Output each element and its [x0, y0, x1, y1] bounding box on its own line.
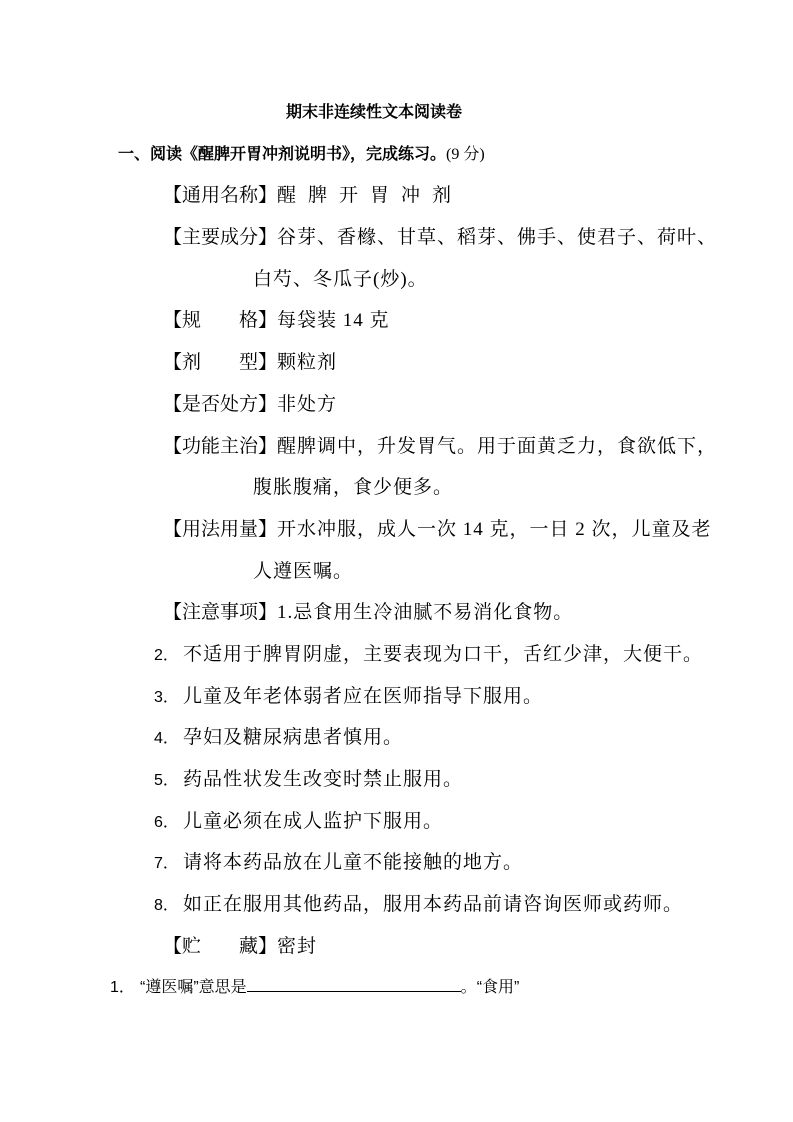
note-item-2: 2．不适用于脾胃阴虚，主要表现为口干，舌红少津，大便干。 — [0, 634, 793, 676]
spec-value: 醒脾开胃冲剂 — [277, 185, 463, 206]
section-heading-text: 一、阅读《醒脾开胃冲剂说明书》，完成练习。 — [118, 146, 446, 163]
spec-value-continuation: 人遵医嘱。 — [253, 561, 353, 582]
spec-row-specification: 【规 格】每袋装 14 克 — [0, 300, 793, 342]
section-points: (9 分) — [446, 146, 485, 163]
spec-row-usage-continuation: 人遵医嘱。 — [0, 551, 793, 593]
spec-value: 谷芽、香橼、甘草、稻芽、佛手、使君子、荷叶、 — [277, 227, 717, 248]
item-number: 5． — [154, 760, 183, 802]
item-number: 3． — [154, 677, 183, 719]
spec-row-storage: 【贮 藏】密封 — [0, 926, 793, 968]
spec-label: 【注意事项】 — [163, 602, 277, 623]
note-item-7: 7．请将本药品放在儿童不能接触的地方。 — [0, 842, 793, 884]
item-text: 孕妇及糖尿病患者慎用。 — [183, 727, 403, 748]
spec-value: 开水冲服，成人一次 14 克，一日 2 次，儿童及老 — [277, 519, 712, 540]
spec-value: 密封 — [277, 936, 317, 957]
item-text: 请将本药品放在儿童不能接触的地方。 — [183, 852, 523, 873]
spec-value: 非处方 — [277, 394, 337, 415]
spec-row-generic-name: 【通用名称】醒脾开胃冲剂 — [0, 175, 793, 217]
spec-label: 【主要成分】 — [163, 227, 277, 248]
note-item-8: 8．如正在服用其他药品，服用本药品前请咨询医师或药师。 — [0, 884, 793, 926]
item-text: 不适用于脾胃阴虚，主要表现为口干，舌红少津，大便干。 — [183, 644, 703, 665]
spec-label: 【规 格】 — [163, 310, 277, 331]
exam-paper-page: 期末非连续性文本阅读卷 一、阅读《醒脾开胃冲剂说明书》，完成练习。(9 分) 【… — [0, 0, 793, 1122]
item-text: 儿童必须在成人监护下服用。 — [183, 811, 443, 832]
item-number: 2． — [154, 635, 183, 677]
item-text: 药品性状发生改变时禁止服用。 — [183, 769, 463, 790]
item-number: 8． — [154, 885, 183, 927]
doc-title: 期末非连续性文本阅读卷 — [0, 92, 748, 134]
item-number: 7． — [154, 843, 183, 885]
page-content: 期末非连续性文本阅读卷 一、阅读《醒脾开胃冲剂说明书》，完成练习。(9 分) 【… — [0, 92, 793, 1009]
spec-row-precautions: 【注意事项】1.忌食用生冷油腻不易消化食物。 — [0, 592, 793, 634]
question-tail-text: “食用” — [477, 979, 520, 996]
spec-value-continuation: 白芍、冬瓜子(炒)。 — [253, 269, 428, 290]
spec-value: 每袋装 14 克 — [277, 310, 390, 331]
note-item-5: 5．药品性状发生改变时禁止服用。 — [0, 759, 793, 801]
answer-blank — [247, 991, 461, 992]
spec-value-continuation: 腹胀腹痛，食少便多。 — [253, 477, 453, 498]
spec-label: 【贮 藏】 — [163, 936, 277, 957]
question-number: 1． — [110, 967, 140, 1009]
spec-row-ingredients-continuation: 白芍、冬瓜子(炒)。 — [0, 259, 793, 301]
spec-label: 【是否处方】 — [163, 394, 277, 415]
spec-row-ingredients: 【主要成分】谷芽、香橼、甘草、稻芽、佛手、使君子、荷叶、 — [0, 217, 793, 259]
spec-label: 【功能主治】 — [163, 436, 277, 457]
item-number: 6． — [154, 802, 183, 844]
spec-label: 【通用名称】 — [163, 185, 277, 206]
spec-label: 【剂 型】 — [163, 352, 277, 373]
spec-row-dosage-form: 【剂 型】颗粒剂 — [0, 342, 793, 384]
question-after-blank: 。 — [461, 979, 477, 996]
item-text: 如正在服用其他药品，服用本药品前请咨询医师或药师。 — [183, 894, 683, 915]
spec-value: 颗粒剂 — [277, 352, 337, 373]
spec-row-usage: 【用法用量】开水冲服，成人一次 14 克，一日 2 次，儿童及老 — [0, 509, 793, 551]
note-item-4: 4．孕妇及糖尿病患者慎用。 — [0, 717, 793, 759]
section-heading: 一、阅读《醒脾开胃冲剂说明书》，完成练习。(9 分) — [0, 134, 793, 176]
question-1: 1．“遵医嘱”意思是。“食用” — [0, 967, 793, 1009]
note-item-3: 3．儿童及年老体弱者应在医师指导下服用。 — [0, 676, 793, 718]
spec-value: 醒脾调中，升发胃气。用于面黄乏力，食欲低下， — [277, 436, 717, 457]
spec-row-functions-continuation: 腹胀腹痛，食少便多。 — [0, 467, 793, 509]
spec-row-functions: 【功能主治】醒脾调中，升发胃气。用于面黄乏力，食欲低下， — [0, 426, 793, 468]
spec-row-prescription-status: 【是否处方】非处方 — [0, 384, 793, 426]
question-lead-text: “遵医嘱”意思是 — [140, 979, 247, 996]
item-number: 4． — [154, 718, 183, 760]
spec-value: 1.忌食用生冷油腻不易消化食物。 — [277, 602, 573, 623]
item-text: 儿童及年老体弱者应在医师指导下服用。 — [183, 686, 543, 707]
note-item-6: 6．儿童必须在成人监护下服用。 — [0, 801, 793, 843]
spec-label: 【用法用量】 — [163, 519, 277, 540]
